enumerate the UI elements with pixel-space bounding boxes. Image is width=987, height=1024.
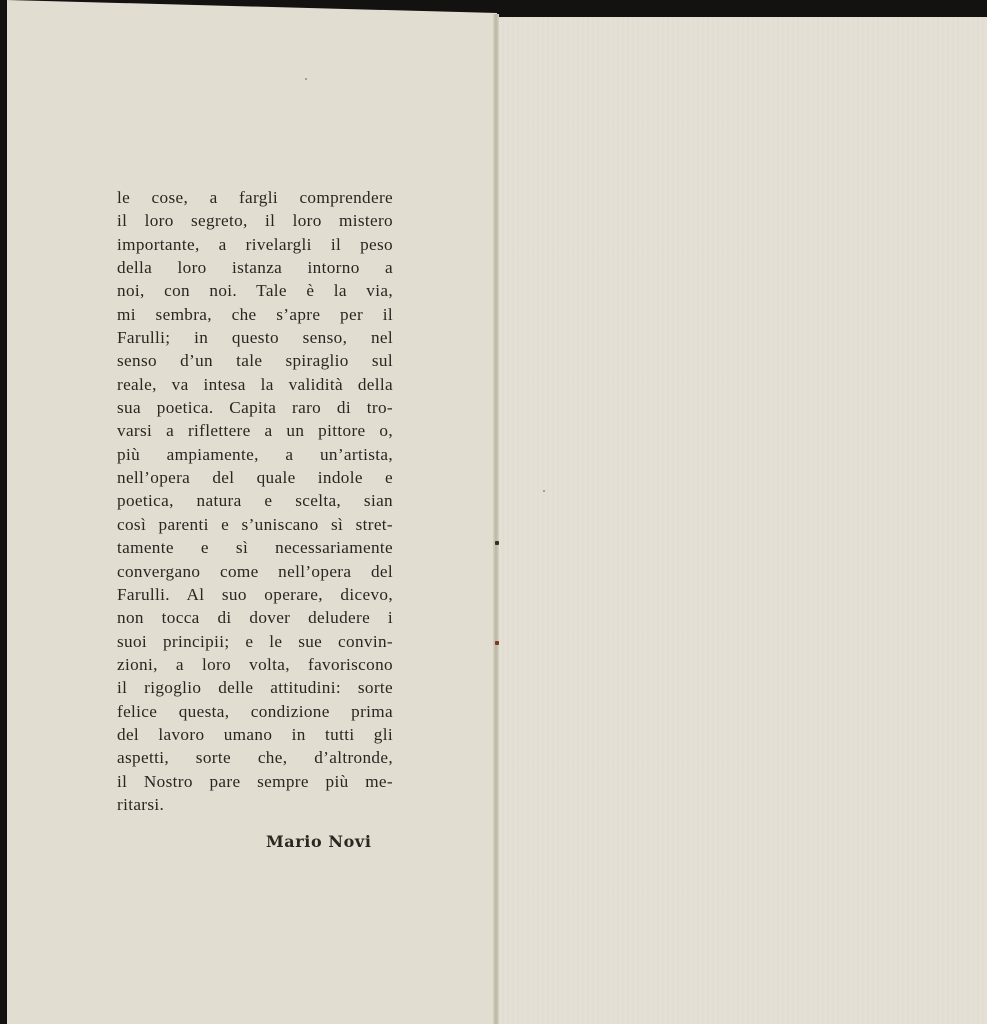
right-page-blank [497, 17, 987, 1024]
text-line: senso d’un tale spiraglio sul [117, 349, 393, 372]
text-line: suoi principii; e le sue convin- [117, 630, 393, 653]
text-line: ritarsi. [117, 793, 393, 816]
author-signature: Mario Novi [266, 832, 372, 851]
binding-staple-mark [495, 541, 499, 545]
text-line: tamente e sì necessariamente [117, 536, 393, 559]
text-line: reale, va intesa la validità della [117, 373, 393, 396]
text-line: sua poetica. Capita raro di tro- [117, 396, 393, 419]
text-line: Farulli; in questo senso, nel [117, 326, 393, 349]
text-line: così parenti e s’uniscano sì stret- [117, 513, 393, 536]
text-line: aspetti, sorte che, d’altronde, [117, 746, 393, 769]
text-line: noi, con noi. Tale è la via, [117, 279, 393, 302]
text-line: non tocca di dover deludere i [117, 606, 393, 629]
text-line: il rigoglio delle attitudini: sorte [117, 676, 393, 699]
paper-speck [543, 490, 545, 492]
text-line: il Nostro pare sempre più me- [117, 770, 393, 793]
text-line: Farulli. Al suo operare, dicevo, [117, 583, 393, 606]
text-line: convergano come nell’opera del [117, 560, 393, 583]
text-line: importante, a rivelargli il peso [117, 233, 393, 256]
paper-speck [305, 78, 307, 80]
text-line: zioni, a loro volta, favoriscono [117, 653, 393, 676]
text-line: nell’opera del quale indole e [117, 466, 393, 489]
text-line: poetica, natura e scelta, sian [117, 489, 393, 512]
essay-text-column: le cose, a fargli comprendereil loro seg… [117, 186, 393, 816]
binding-staple-mark [495, 641, 499, 645]
text-line: varsi a riflettere a un pittore o, [117, 419, 393, 442]
text-line: mi sembra, che s’apre per il [117, 303, 393, 326]
text-line: della loro istanza intorno a [117, 256, 393, 279]
text-line: le cose, a fargli comprendere [117, 186, 393, 209]
text-line: il loro segreto, il loro mistero [117, 209, 393, 232]
text-line: più ampiamente, a un’artista, [117, 443, 393, 466]
text-line: felice questa, condizione prima [117, 700, 393, 723]
book-gutter-fold [493, 14, 499, 1024]
text-line: del lavoro umano in tutti gli [117, 723, 393, 746]
